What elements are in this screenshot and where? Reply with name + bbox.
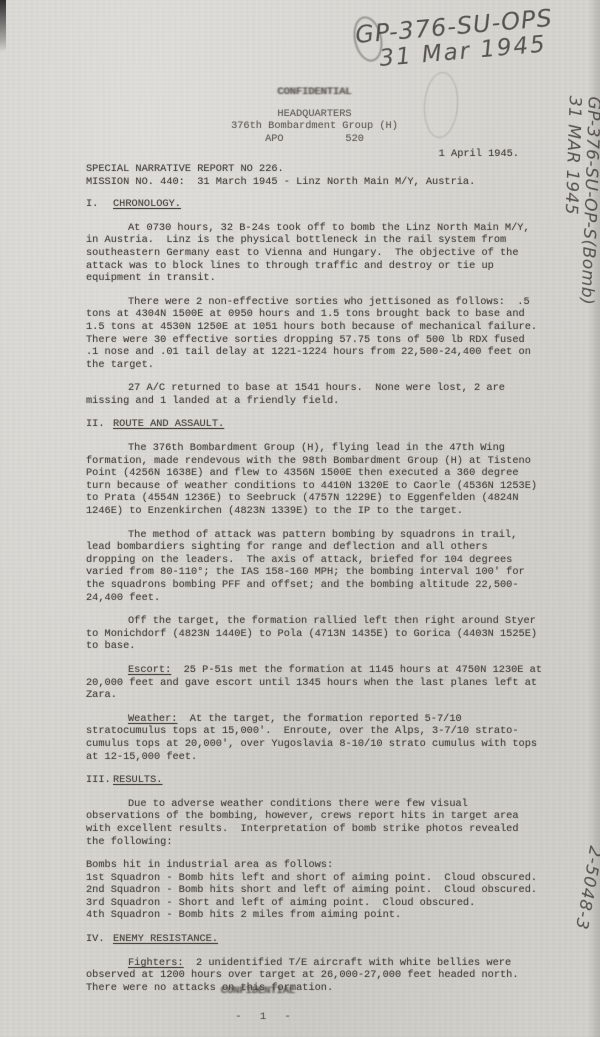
route-paragraph-3: Off the target, the formation rallied le… xyxy=(86,615,543,653)
chronology-paragraph-3: 27 A/C returned to base at 1541 hours. N… xyxy=(86,382,543,407)
fighters-label: Fighters: xyxy=(128,957,184,969)
section-number: II. xyxy=(86,418,113,431)
weather-label: Weather: xyxy=(128,713,177,725)
section-heading-results: III.RESULTS. xyxy=(86,774,543,787)
classification-bottom: CONFIDENTIAL xyxy=(0,985,516,997)
chronology-paragraph-2: There were 2 non-effective sorties who j… xyxy=(86,296,543,372)
document-page: GP-376-SU-OPS 31 Mar 1945 GP-376-SU-OP-S… xyxy=(0,0,600,1037)
margin-note-vertical: GP-376-SU-OP-S(Bomb) 31 MAR 1945 xyxy=(555,95,600,366)
squadron-line-2: 2nd Squadron - Bomb hits short and left … xyxy=(86,884,543,897)
section-heading-enemy-resistance: IV.ENEMY RESISTANCE. xyxy=(86,933,543,946)
squadron-line-3: 3rd Squadron - Short and left of aiming … xyxy=(86,897,543,910)
bombs-hit-line: Bombs hit in industrial area as follows: xyxy=(86,859,543,872)
mission-line: MISSION NO. 440: 31 March 1945 - Linz No… xyxy=(86,176,543,189)
section-title: ENEMY RESISTANCE. xyxy=(113,933,218,945)
section-heading-route: II.ROUTE AND ASSAULT. xyxy=(86,418,543,431)
report-number-line: SPECIAL NARRATIVE REPORT NO 226. xyxy=(86,163,543,176)
section-number: IV. xyxy=(86,933,113,946)
headquarters-line: HEADQUARTERS xyxy=(86,108,543,121)
results-intro: Due to adverse weather conditions there … xyxy=(86,798,543,848)
route-paragraph-1: The 376th Bombardment Group (H), flying … xyxy=(86,442,543,518)
section-number: III. xyxy=(86,774,113,787)
section-heading-chronology: I.CHRONOLOGY. xyxy=(86,198,543,211)
scan-corner-artifact xyxy=(0,0,6,52)
section-title: ROUTE AND ASSAULT. xyxy=(113,418,224,430)
weather-paragraph: Weather: At the target, the formation re… xyxy=(86,713,543,763)
squadron-line-1: 1st Squadron - Bomb hits left and short … xyxy=(86,872,543,885)
escort-paragraph: Escort: 25 P-51s met the formation at 11… xyxy=(86,664,543,702)
section-title: RESULTS. xyxy=(113,774,162,786)
classification-top: CONFIDENTIAL xyxy=(86,86,543,99)
section-number: I. xyxy=(86,198,113,211)
chronology-paragraph-1: At 0730 hours, 32 B-24s took off to bomb… xyxy=(86,222,543,285)
date-line: 1 April 1945. xyxy=(86,148,543,161)
handwritten-stamp: GP-376-SU-OPS 31 Mar 1945 xyxy=(354,2,588,74)
escort-label: Escort: xyxy=(128,664,171,676)
route-paragraph-2: The method of attack was pattern bombing… xyxy=(86,529,543,605)
apo-line: APO 520 xyxy=(86,133,543,146)
page-number: - 1 - xyxy=(0,1011,532,1023)
margin-note-bottom: 2-5048-3 xyxy=(563,844,600,975)
group-line: 376th Bombardment Group (H) xyxy=(86,120,543,133)
typed-body: CONFIDENTIAL HEADQUARTERS 376th Bombardm… xyxy=(86,86,543,1005)
section-title: CHRONOLOGY. xyxy=(113,198,181,210)
squadron-line-4: 4th Squadron - Bomb hits 2 miles from ai… xyxy=(86,909,543,922)
